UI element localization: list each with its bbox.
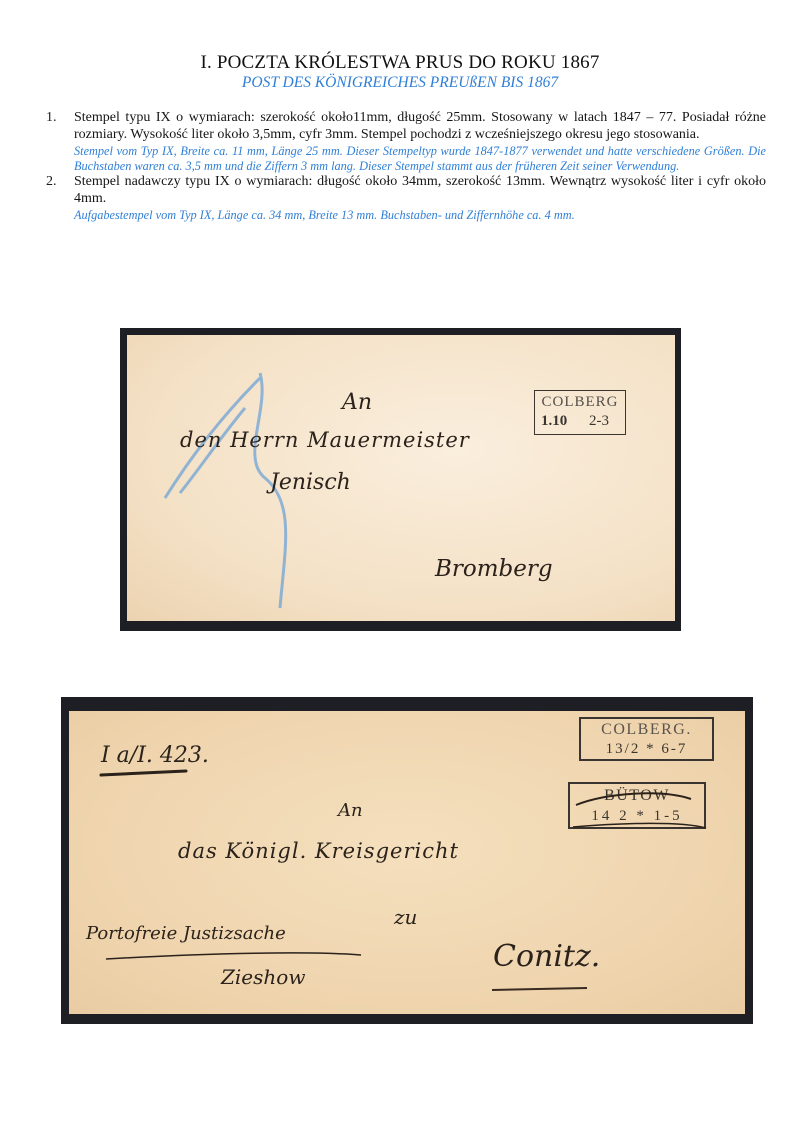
page-title-polish: I. POCZTA KRÓLESTWA PRUS DO ROKU 1867 xyxy=(0,52,800,74)
reference-number: I a/I. 423. xyxy=(101,743,209,768)
cover-colberg-1: COLBERG 1.10 2-3 An den Herrn Mauermeist… xyxy=(120,328,681,631)
item-text-polish: Stempel typu IX o wymiarach: szerokość o… xyxy=(74,110,766,143)
item-text-polish: Stempel nadawczy typu IX o wymiarach: dł… xyxy=(74,174,766,207)
blue-crayon-mark-icon xyxy=(120,328,681,631)
address-salutation: An xyxy=(338,800,363,821)
address-salutation: An xyxy=(342,390,372,415)
postmark-town: COLBERG xyxy=(535,394,625,411)
item-number: 1. xyxy=(46,110,57,127)
cover-colberg-butow-2: COLBERG. 13/2 * 6-7 BÜTOW 14 2 * 1-5 I a… xyxy=(61,697,753,1024)
description-list: 1. Stempel typu IX o wymiarach: szerokoś… xyxy=(46,110,766,223)
address-name: Jenisch xyxy=(270,470,351,495)
description-item: 1. Stempel typu IX o wymiarach: szerokoś… xyxy=(46,110,766,174)
address-city: Bromberg xyxy=(435,556,553,582)
sender-note: Portofreie Justizsache xyxy=(86,923,286,944)
postmark-time: 2-3 xyxy=(589,413,609,430)
page-header: I. POCZTA KRÓLESTWA PRUS DO ROKU 1867 PO… xyxy=(0,52,800,92)
address-preposition: zu xyxy=(394,905,417,929)
description-item: 2. Stempel nadawczy typu IX o wymiarach:… xyxy=(46,174,766,223)
item-text-german: Aufgabestempel vom Typ IX, Länge ca. 34 … xyxy=(74,208,766,223)
page-title-german: POST DES KÖNIGREICHES PREUßEN BIS 1867 xyxy=(0,74,800,92)
item-number: 2. xyxy=(46,174,57,191)
postmark-date: 1.10 xyxy=(541,413,567,430)
address-city: Conitz. xyxy=(493,939,600,974)
address-recipient: das Königl. Kreisgericht xyxy=(178,839,459,863)
item-text-german: Stempel vom Typ IX, Breite ca. 11 mm, Lä… xyxy=(74,144,766,174)
address-recipient: den Herrn Mauermeister xyxy=(180,428,470,452)
sender-signature: Zieshow xyxy=(221,965,305,989)
postmark-colberg: COLBERG 1.10 2-3 xyxy=(534,390,626,435)
